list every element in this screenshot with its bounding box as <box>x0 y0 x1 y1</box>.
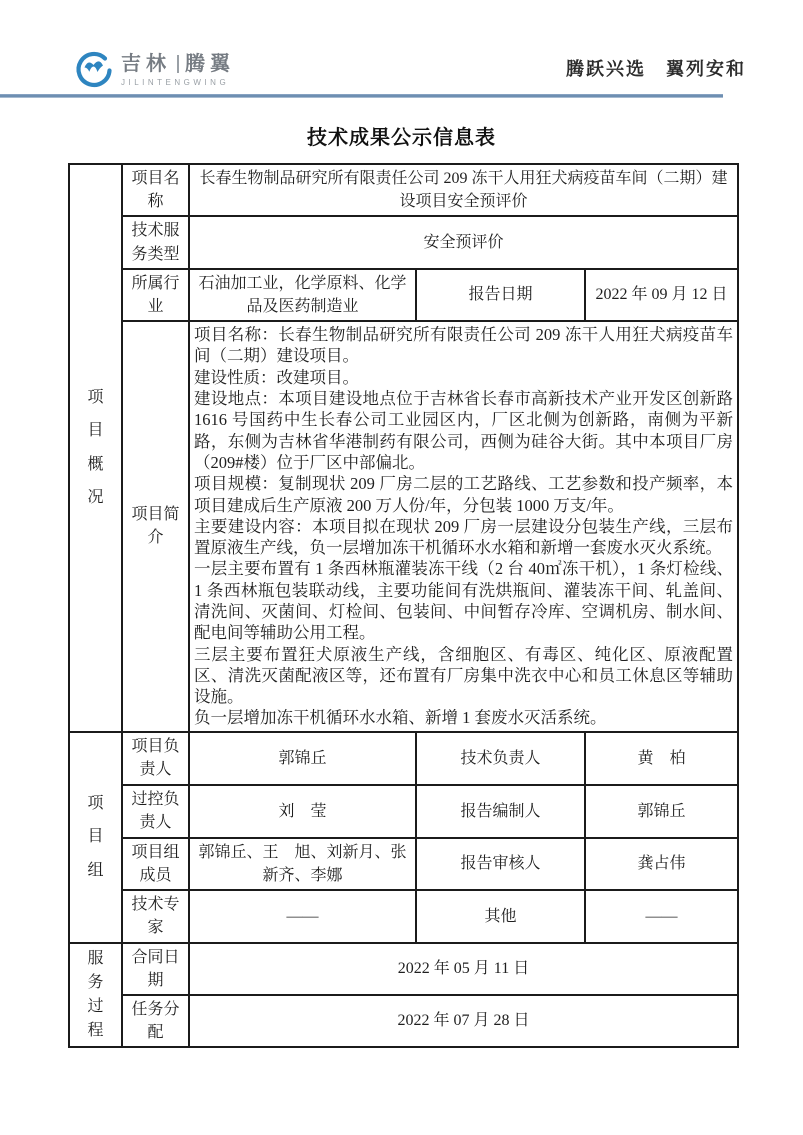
tech-leader-value: 黄 柏 <box>585 732 738 785</box>
section-team-cell: 项目组 <box>69 732 122 943</box>
other-value: —— <box>585 890 738 942</box>
section-service-cell: 服务过程 <box>69 943 122 1048</box>
project-leader-value: 郭锦丘 <box>189 732 416 785</box>
tech-leader-label: 技术负责人 <box>416 732 585 785</box>
process-control-label: 过控负责人 <box>122 785 189 838</box>
company-slogan: 腾跃兴选 翼列安和 <box>566 55 746 81</box>
report-date-value: 2022 年 09 月 12 日 <box>585 269 738 321</box>
industry-label: 所属行业 <box>122 269 189 321</box>
industry-value: 石油加工业，化学原料、化学品及医药制造业 <box>189 269 416 321</box>
table-row: 项目简介 项目名称：长春生物制品研究所有限责任公司 209 冻干人用狂犬病疫苗车… <box>69 321 738 732</box>
brief-paragraph: 建设地点：本项目建设地点位于吉林省长春市高新技术产业开发区创新路 1616 号国… <box>194 388 733 473</box>
brief-paragraph: 项目名称：长春生物制品研究所有限责任公司 209 冻干人用狂犬病疫苗车间（二期）… <box>194 324 733 367</box>
other-label: 其他 <box>416 890 585 942</box>
table-row: 技术服务类型 安全预评价 <box>69 216 738 268</box>
team-members-value: 郭锦丘、王 旭、刘新月、张新齐、李娜 <box>189 838 416 890</box>
section-service-label: 服务过程 <box>87 947 105 1043</box>
report-reviewer-value: 龚占伟 <box>585 838 738 890</box>
project-leader-label: 项目负责人 <box>122 732 189 785</box>
brief-paragraph: 负一层增加冻干机循环水水箱、新增 1 套废水灭活系统。 <box>194 707 733 728</box>
table-row: 所属行业 石油加工业，化学原料、化学品及医药制造业 报告日期 2022 年 09… <box>69 269 738 321</box>
report-writer-label: 报告编制人 <box>416 785 585 838</box>
brief-paragraph: 建设性质：改建项目。 <box>194 367 733 388</box>
task-assignment-label: 任务分配 <box>122 995 189 1047</box>
contract-date-label: 合同日期 <box>122 943 189 995</box>
section-overview-label: 项目概况 <box>87 381 105 515</box>
logo-chinese-left: 吉林 <box>121 53 171 75</box>
info-table: 项目概况 项目名称 长春生物制品研究所有限责任公司 209 冻干人用狂犬病疫苗车… <box>68 163 739 1048</box>
table-row: 项目组成员 郭锦丘、王 旭、刘新月、张新齐、李娜 报告审核人 龚占伟 <box>69 838 738 890</box>
table-row: 技术专家 —— 其他 —— <box>69 890 738 942</box>
report-reviewer-label: 报告审核人 <box>416 838 585 890</box>
header-divider-rule <box>0 94 723 98</box>
section-team-label: 项目组 <box>87 787 105 888</box>
page-title: 技术成果公示信息表 <box>0 121 803 150</box>
team-members-label: 项目组成员 <box>122 838 189 890</box>
report-writer-value: 郭锦丘 <box>585 785 738 838</box>
table-row: 项目概况 项目名称 长春生物制品研究所有限责任公司 209 冻干人用狂犬病疫苗车… <box>69 164 738 216</box>
project-name-label: 项目名称 <box>122 164 189 216</box>
service-type-label: 技术服务类型 <box>122 216 189 268</box>
contract-date-value: 2022 年 05 月 11 日 <box>189 943 738 995</box>
section-overview-cell: 项目概况 <box>69 164 122 732</box>
report-date-label: 报告日期 <box>416 269 585 321</box>
project-name-value: 长春生物制品研究所有限责任公司 209 冻干人用狂犬病疫苗车间（二期）建设项目安… <box>189 164 738 216</box>
brief-paragraph: 三层主要布置狂犬原液生产线，含细胞区、有毒区、纯化区、原液配置区、清洗灭菌配液区… <box>194 644 733 708</box>
brief-paragraph: 一层主要布置有 1 条西林瓶灌装冻干线（2 台 40㎡冻干机），1 条灯检线、1… <box>194 558 733 643</box>
table-row: 过控负责人 刘 莹 报告编制人 郭锦丘 <box>69 785 738 838</box>
brief-label: 项目简介 <box>122 321 189 732</box>
document-page: 吉林 腾翼 JILINTENGWING 腾跃兴选 翼列安和 技术成果公示信息表 … <box>0 0 803 1135</box>
logo-chinese-right: 腾翼 <box>185 53 235 75</box>
table-row: 项目组 项目负责人 郭锦丘 技术负责人 黄 柏 <box>69 732 738 785</box>
company-logo: 吉林 腾翼 JILINTENGWING <box>73 50 235 90</box>
logo-divider <box>177 55 179 73</box>
service-type-value: 安全预评价 <box>189 216 738 268</box>
table-row: 服务过程 合同日期 2022 年 05 月 11 日 <box>69 943 738 995</box>
logo-swirl-icon <box>73 50 113 90</box>
task-assignment-value: 2022 年 07 月 28 日 <box>189 995 738 1047</box>
logo-text-block: 吉林 腾翼 JILINTENGWING <box>121 53 235 87</box>
table-row: 任务分配 2022 年 07 月 28 日 <box>69 995 738 1047</box>
brief-content: 项目名称：长春生物制品研究所有限责任公司 209 冻干人用狂犬病疫苗车间（二期）… <box>189 321 738 732</box>
process-control-value: 刘 莹 <box>189 785 416 838</box>
tech-expert-label: 技术专家 <box>122 890 189 942</box>
tech-expert-value: —— <box>189 890 416 942</box>
logo-english: JILINTENGWING <box>121 78 235 87</box>
brief-paragraph: 主要建设内容：本项目拟在现状 209 厂房一层建设分包装生产线，三层布置原液生产… <box>194 516 733 559</box>
brief-paragraph: 项目规模：复制现状 209 厂房二层的工艺路线、工艺参数和投产频率，本项目建成后… <box>194 473 733 516</box>
